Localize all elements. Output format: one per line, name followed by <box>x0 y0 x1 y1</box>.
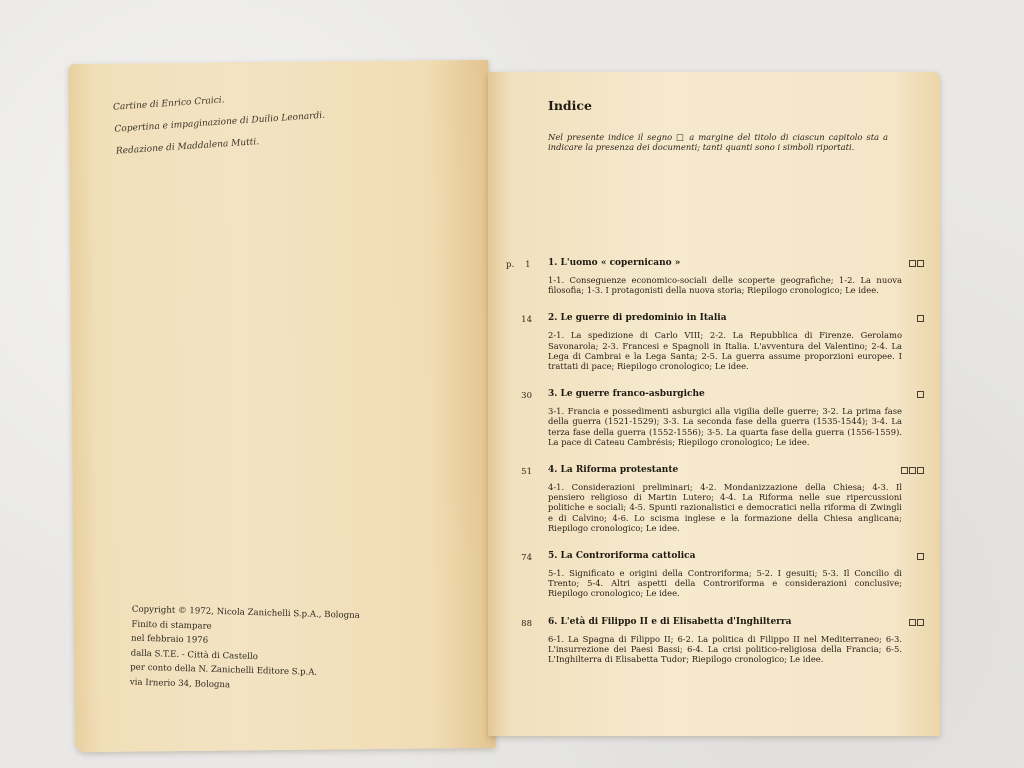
page-number-value: 74 <box>521 553 532 563</box>
document-square-icon <box>909 619 916 626</box>
document-markers <box>901 467 924 474</box>
chapter-subsections: 3-1. Francia e possedimenti asburgici al… <box>548 406 902 447</box>
index-entry: 745. La Controriforma cattolica5-1. Sign… <box>506 551 924 599</box>
document-square-icon <box>917 315 924 322</box>
right-page: Indice Nel presente indice il segno □ a … <box>488 72 940 736</box>
index-entry: 886. L'età di Filippo II e di Elisabetta… <box>506 617 924 665</box>
chapter-title: 4. La Riforma protestante <box>548 465 924 475</box>
document-square-icon <box>909 467 916 474</box>
document-markers <box>917 315 924 322</box>
document-square-icon <box>917 619 924 626</box>
document-square-icon <box>917 391 924 398</box>
page-number-value: 51 <box>521 467 532 477</box>
document-square-icon <box>917 467 924 474</box>
document-square-icon <box>917 553 924 560</box>
chapter-title: 6. L'età di Filippo II e di Elisabetta d… <box>548 617 924 627</box>
chapter-subsections: 6-1. La Spagna di Filippo II; 6-2. La po… <box>548 634 902 665</box>
index-entry: 303. Le guerre franco-asburgiche3-1. Fra… <box>506 389 924 447</box>
page-number-value: 88 <box>521 619 532 629</box>
chapter-title: 1. L'uomo « copernicano » <box>548 258 924 268</box>
page-number: 14 <box>506 315 532 325</box>
credit-maps: Cartine di Enrico Craici. <box>113 90 324 113</box>
page-number: p.1 <box>506 260 540 270</box>
index-entry: 142. Le guerre di predominio in Italia2-… <box>506 313 924 371</box>
credit-cover: Copertina e impaginazione di Duilio Leon… <box>114 112 325 135</box>
index-title: Indice <box>548 98 592 113</box>
document-square-icon <box>901 467 908 474</box>
page-number: 74 <box>506 553 532 563</box>
credit-editing: Redazione di Maddalena Mutti. <box>116 134 327 157</box>
document-markers <box>917 391 924 398</box>
document-markers <box>917 553 924 560</box>
page-number: 30 <box>506 391 532 401</box>
colophon: Copyright © 1972, Nicola Zanichelli S.p.… <box>130 603 360 696</box>
chapter-subsections: 2-1. La spedizione di Carlo VIII; 2-2. L… <box>548 330 902 371</box>
page-prefix: p. <box>506 260 514 270</box>
page-number-value: 1 <box>525 260 530 270</box>
page-number: 51 <box>506 467 532 477</box>
credits: Cartine di Enrico Craici. Copertina e im… <box>113 90 328 170</box>
document-markers <box>909 260 924 267</box>
document-markers <box>909 619 924 626</box>
index-entry: p.11. L'uomo « copernicano »1-1. Consegu… <box>506 258 924 295</box>
chapter-title: 2. Le guerre di predominio in Italia <box>548 313 924 323</box>
chapter-subsections: 4-1. Considerazioni preliminari; 4-2. Mo… <box>548 482 902 533</box>
index-note: Nel presente indice il segno □ a margine… <box>548 132 888 152</box>
index-entries: p.11. L'uomo « copernicano »1-1. Consegu… <box>506 258 924 682</box>
document-square-icon <box>909 260 916 267</box>
chapter-subsections: 5-1. Significato e origini della Contror… <box>548 568 902 599</box>
chapter-title: 5. La Controriforma cattolica <box>548 551 924 561</box>
chapter-title: 3. Le guerre franco-asburgiche <box>548 389 924 399</box>
index-entry: 514. La Riforma protestante4-1. Consider… <box>506 465 924 533</box>
left-page: Cartine di Enrico Craici. Copertina e im… <box>68 60 495 752</box>
document-square-icon <box>917 260 924 267</box>
page-number-value: 14 <box>521 315 532 325</box>
page-number: 88 <box>506 619 532 629</box>
page-number-value: 30 <box>521 391 532 401</box>
chapter-subsections: 1-1. Conseguenze economico-sociali delle… <box>548 275 902 295</box>
